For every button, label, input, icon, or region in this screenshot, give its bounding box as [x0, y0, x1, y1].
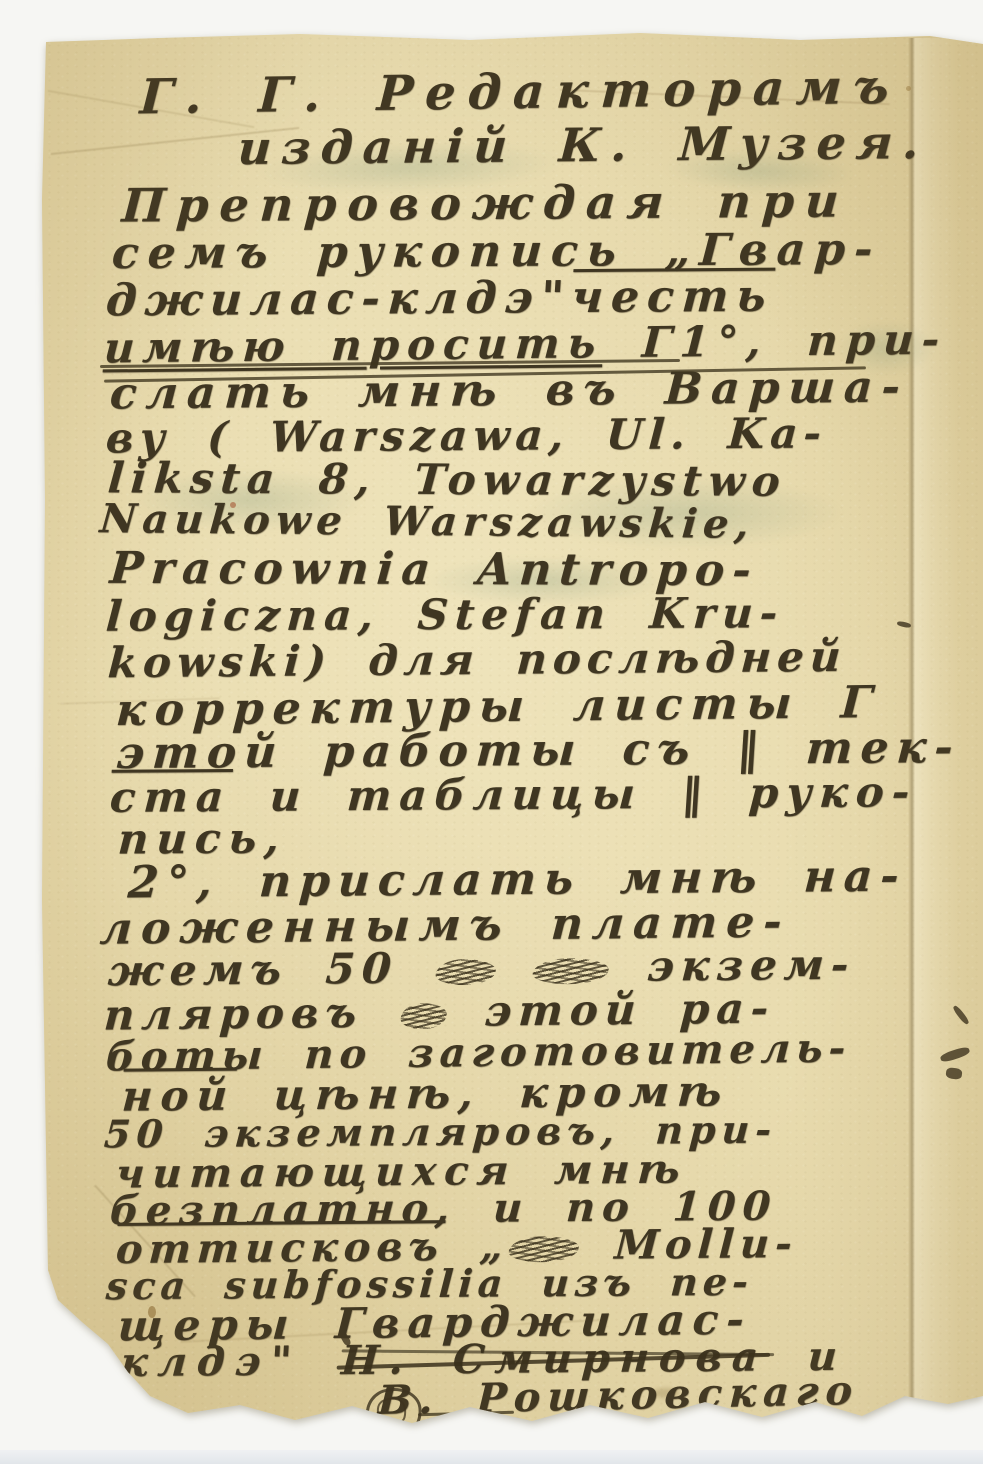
manuscript-line: ву ( Warszawa, Ul. Ka-	[105, 412, 829, 459]
manuscript-line: семъ рукопись „Гвар-	[111, 228, 883, 276]
handwritten-text: Препровождая при	[120, 173, 851, 232]
manuscript-line: изданій К. Музея.	[237, 119, 930, 171]
crossed-out-scrawl	[400, 1003, 448, 1029]
scanner-edge-band	[0, 1450, 983, 1464]
scanned-letter: Г. Г. Редакторамъизданій К. Музея.Препро…	[0, 0, 983, 1464]
vertical-fold-crease	[908, 38, 968, 1404]
stray-ink-mark	[897, 621, 912, 629]
handwritten-text: В. Рошковскаго	[377, 1367, 860, 1424]
manuscript-line: ста и таблицы ‖ руко-	[109, 771, 919, 819]
stain-fleck	[906, 86, 911, 91]
stray-ink-mark	[939, 1046, 970, 1064]
handwritten-text	[494, 943, 535, 992]
handwritten-text: джилас-клдэ"	[104, 272, 573, 326]
manuscript-line: kowski) для послѣдней	[107, 636, 848, 684]
manuscript-line: пись,	[117, 818, 289, 861]
manuscript-line: Pracownia Antropo-	[108, 547, 760, 593]
handwritten-text: -клдэ"	[93, 1337, 343, 1386]
handwritten-text: и таблицы ‖ руко-	[230, 767, 919, 821]
manuscript-line: В. Рошковскаго	[377, 1371, 860, 1421]
paper-sheet-wrap: Г. Г. Редакторамъизданій К. Музея.Препро…	[0, 0, 983, 1464]
stray-ink-mark	[945, 1067, 962, 1080]
manuscript-line: logiczna, Stefan Kru-	[105, 592, 786, 638]
crossed-out-scrawl	[508, 1236, 580, 1263]
handwritten-text: честь	[570, 271, 775, 323]
crossed-out-scrawl	[532, 958, 610, 985]
handwritten-text: Naukowe Warszawskie,	[98, 495, 756, 548]
manuscript-line: Naukowe Warszawskie,	[98, 499, 756, 545]
manuscript-line: Г. Г. Редакторамъ	[139, 63, 902, 122]
stray-ink-mark	[952, 1004, 970, 1025]
handwritten-text: изданій К. Музея.	[236, 115, 930, 175]
crossed-out-scrawl	[435, 959, 497, 986]
paper-sheet: Г. Г. Редакторамъизданій К. Музея.Препро…	[0, 0, 983, 1464]
manuscript-line: джилас-клдэ"честь	[105, 275, 775, 324]
manuscript-line: Препровождая при	[121, 177, 851, 228]
